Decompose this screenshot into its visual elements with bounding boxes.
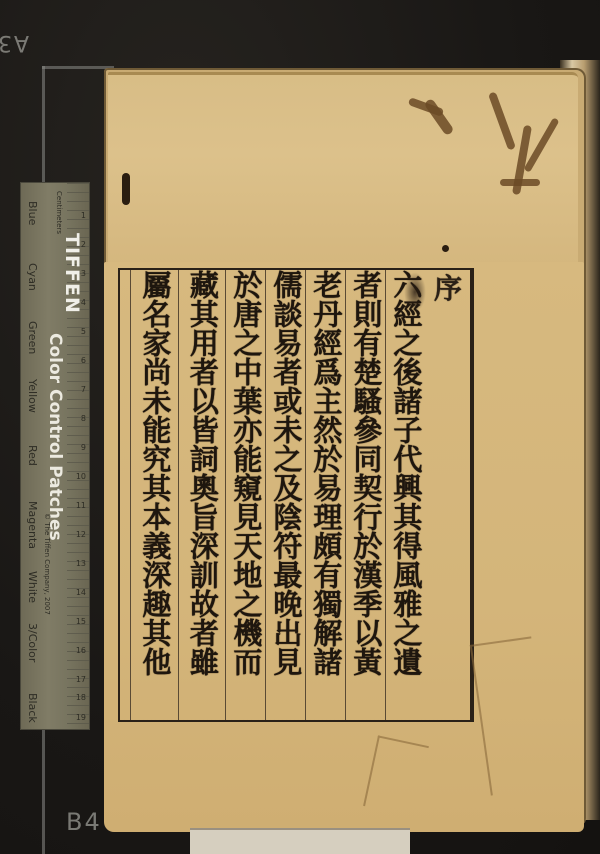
column-text: 儒談易者或未之及陰符最晚出見 <box>271 270 301 676</box>
brand-logo: TIFFEN <box>61 233 83 314</box>
grid-label-bottom: B4 <box>66 808 102 836</box>
patch-label-blue: Blue <box>26 201 39 225</box>
wormhole <box>442 245 449 252</box>
header-mark: 序 <box>434 274 462 304</box>
ruler-number: 10 <box>76 472 86 481</box>
folded-upper-leaf <box>108 72 578 275</box>
ruler-number: 17 <box>76 675 86 684</box>
patch-label-3color: 3/Color <box>26 623 39 662</box>
patch-label-cyan: Cyan <box>26 263 39 291</box>
ruler-number: 16 <box>76 646 86 655</box>
ruler-number: 6 <box>81 356 86 365</box>
column-text: 藏其用者以皆詞奧旨深訓故者雖 <box>187 270 217 676</box>
ruler-number: 13 <box>76 559 86 568</box>
ruler-number: 8 <box>81 414 86 423</box>
ruler-number: 19 <box>76 713 86 722</box>
text-column-7: 屬名家尚未能究其本義深趣其他 <box>130 270 178 720</box>
column-text: 於唐之中葉亦能窺見天地之機而 <box>231 270 261 676</box>
text-column-2: 者則有楚騷參同契行於漢季以黃 <box>345 270 385 720</box>
patch-label-white: White <box>26 571 39 603</box>
column-text: 老丹經爲主然於易理頗有獨解諸 <box>311 270 341 676</box>
ruler-number: 11 <box>76 501 86 510</box>
header-mark-column: 序 <box>428 274 468 304</box>
patch-label-red: Red <box>26 445 39 466</box>
ruler-number: 18 <box>76 693 86 702</box>
text-column-5: 於唐之中葉亦能窺見天地之機而 <box>225 270 265 720</box>
patch-label-magenta: Magenta <box>26 501 39 549</box>
text-column-4: 儒談易者或未之及陰符最晚出見 <box>265 270 305 720</box>
column-text: 六經之後諸子代興其得風雅之遺 <box>391 270 421 676</box>
color-control-card: 1 2 3 4 5 6 7 8 9 10 11 12 13 14 15 16 1… <box>20 182 90 730</box>
ruler-number: 14 <box>76 588 86 597</box>
ink-stain <box>404 272 426 312</box>
patch-label-yellow: Yellow <box>26 379 39 413</box>
ruler-number: 15 <box>76 617 86 626</box>
text-column-6: 藏其用者以皆詞奧旨深訓故者雖 <box>178 270 225 720</box>
patch-label-green: Green <box>26 321 39 354</box>
ruler-number: 5 <box>81 327 86 336</box>
ruler-number: 12 <box>76 530 86 539</box>
grid-line-horizontal <box>42 66 114 69</box>
centimeters-label: Centimeters <box>55 191 63 234</box>
patch-label-black: Black <box>26 693 39 723</box>
copyright-text: © The Tiffen Company, 2007 <box>43 513 51 615</box>
ruler-number: 7 <box>81 385 86 394</box>
column-text: 者則有楚騷參同契行於漢季以黃 <box>351 270 381 676</box>
wormhole <box>122 173 130 205</box>
text-column-1: 六經之後諸子代興其得風雅之遺 <box>385 270 425 720</box>
column-text: 屬名家尚未能究其本義深趣其他 <box>140 270 170 676</box>
ruler-number: 9 <box>81 443 86 452</box>
wormhole-trail <box>500 179 540 186</box>
wormhole-trail <box>488 91 516 150</box>
print-frame: 序 六經之後諸子代興其得風雅之遺 者則有楚騷參同契行於漢季以黃 老丹經爲主然於易… <box>118 268 474 722</box>
ruler-number: 1 <box>81 211 86 220</box>
bottom-paper-strip <box>190 828 410 854</box>
text-column-3: 老丹經爲主然於易理頗有獨解諸 <box>305 270 345 720</box>
card-title: Color Control Patches <box>45 333 65 541</box>
grid-label-top: A3 <box>0 30 29 55</box>
